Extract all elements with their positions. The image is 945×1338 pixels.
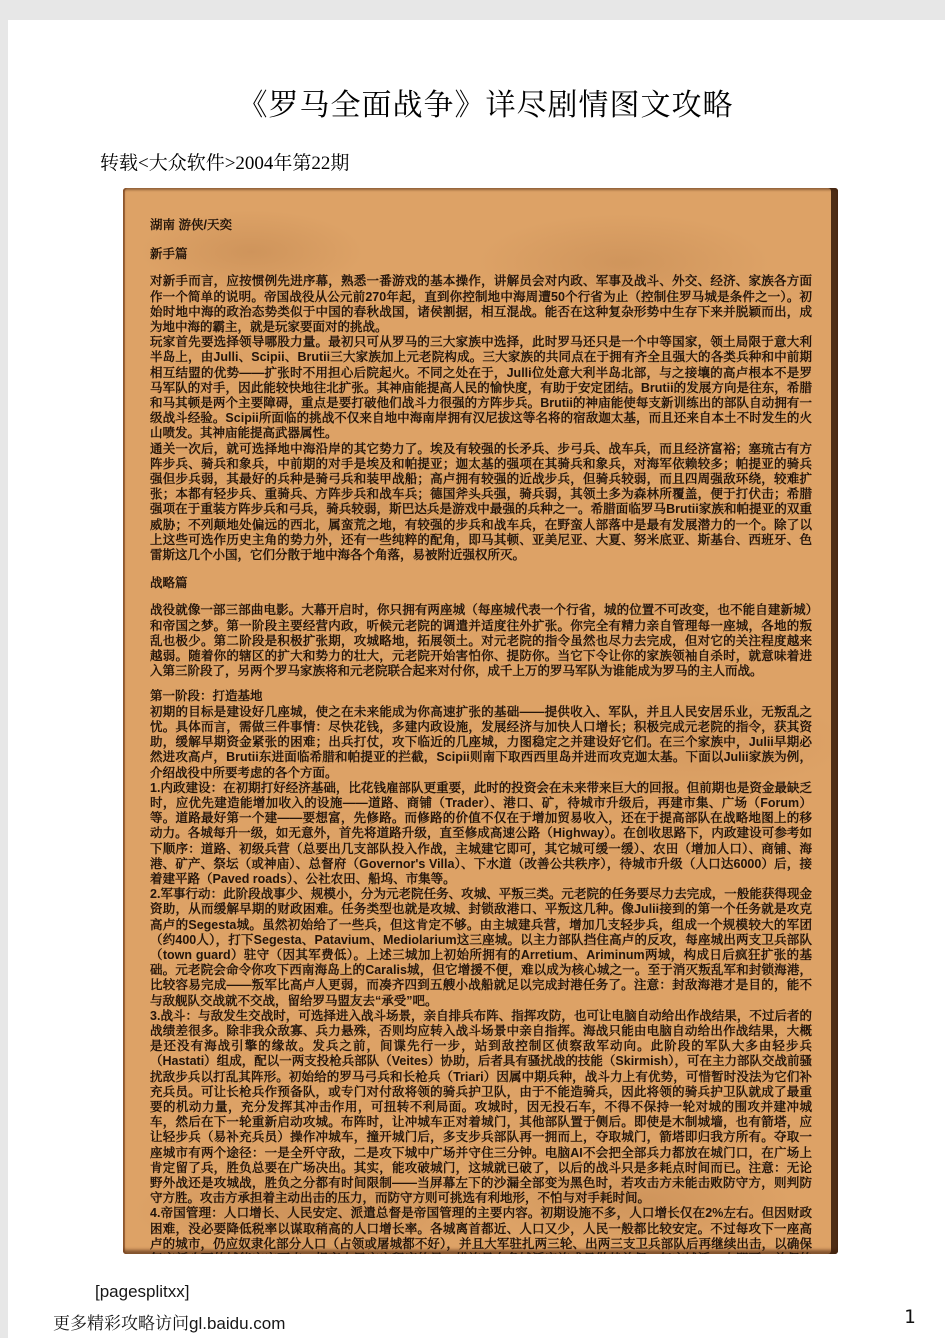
section-heading-newbie: 新手篇 xyxy=(150,247,812,262)
page-number: 1 xyxy=(904,1306,915,1328)
paragraph: 玩家首先要选择领导哪股力量。最初只可从罗马的三大家族中选择，此时罗马还只是一个中… xyxy=(150,335,812,441)
page-subtitle: 转载<大众软件>2004年第22期 xyxy=(100,148,349,175)
paragraph: 战役就像一部三部曲电影。大幕开启时，你只拥有两座城（每座城代表一个行省，城的位置… xyxy=(150,603,812,679)
paragraph-item-4: 4.帝国管理：人口增长、人民安定、派遣总督是帝国管理的主要内容。初期设施不多，人… xyxy=(150,1206,812,1254)
guide-text-block: 湖南 游侠/天奕 新手篇 对新手而言，应按惯例先进序幕，熟悉一番游戏的基本操作，… xyxy=(123,188,838,1254)
paragraph: 初期的目标是建设好几座城，使之在未来能成为你高速扩张的基础——提供收入、军队，并… xyxy=(150,705,812,781)
pagesplit-marker: [pagesplitxx] xyxy=(95,1282,190,1302)
section-heading-stage1: 第一阶段：打造基地 xyxy=(150,689,812,704)
paragraph: 对新手而言，应按惯例先进序幕，熟悉一番游戏的基本操作，讲解员会对内政、军事及战斗… xyxy=(150,274,812,335)
byline: 湖南 游侠/天奕 xyxy=(150,218,812,233)
paragraph-item-1: 1.内政建设：在初期打好经济基础，比花钱雇部队更重要，此时的投资会在未来带来巨大… xyxy=(150,781,812,887)
paragraph-item-2: 2.军事行动：此阶段战事少、规模小，分为元老院任务、攻城、平叛三类。元老院的任务… xyxy=(150,887,812,1009)
guide-wood-image: 湖南 游侠/天奕 新手篇 对新手而言，应按惯例先进序幕，熟悉一番游戏的基本操作，… xyxy=(123,188,838,1254)
paragraph-item-3: 3.战斗：与敌发生交战时，可选择进入战斗场景，亲自排兵布阵、指挥攻防，也可让电脑… xyxy=(150,1009,812,1207)
paragraph: 通关一次后，就可选择地中海沿岸的其它势力了。埃及有较强的长矛兵、步弓兵、战车兵，… xyxy=(150,442,812,564)
section-heading-strategy: 战略篇 xyxy=(150,576,812,591)
footer-site-text: 更多精彩攻略访问gl.baidu.com xyxy=(53,1309,285,1334)
page-title: 《罗马全面战争》详尽剧情图文攻略 xyxy=(8,80,945,124)
document-page: 《罗马全面战争》详尽剧情图文攻略 转载<大众软件>2004年第22期 湖南 游侠… xyxy=(8,20,945,1338)
